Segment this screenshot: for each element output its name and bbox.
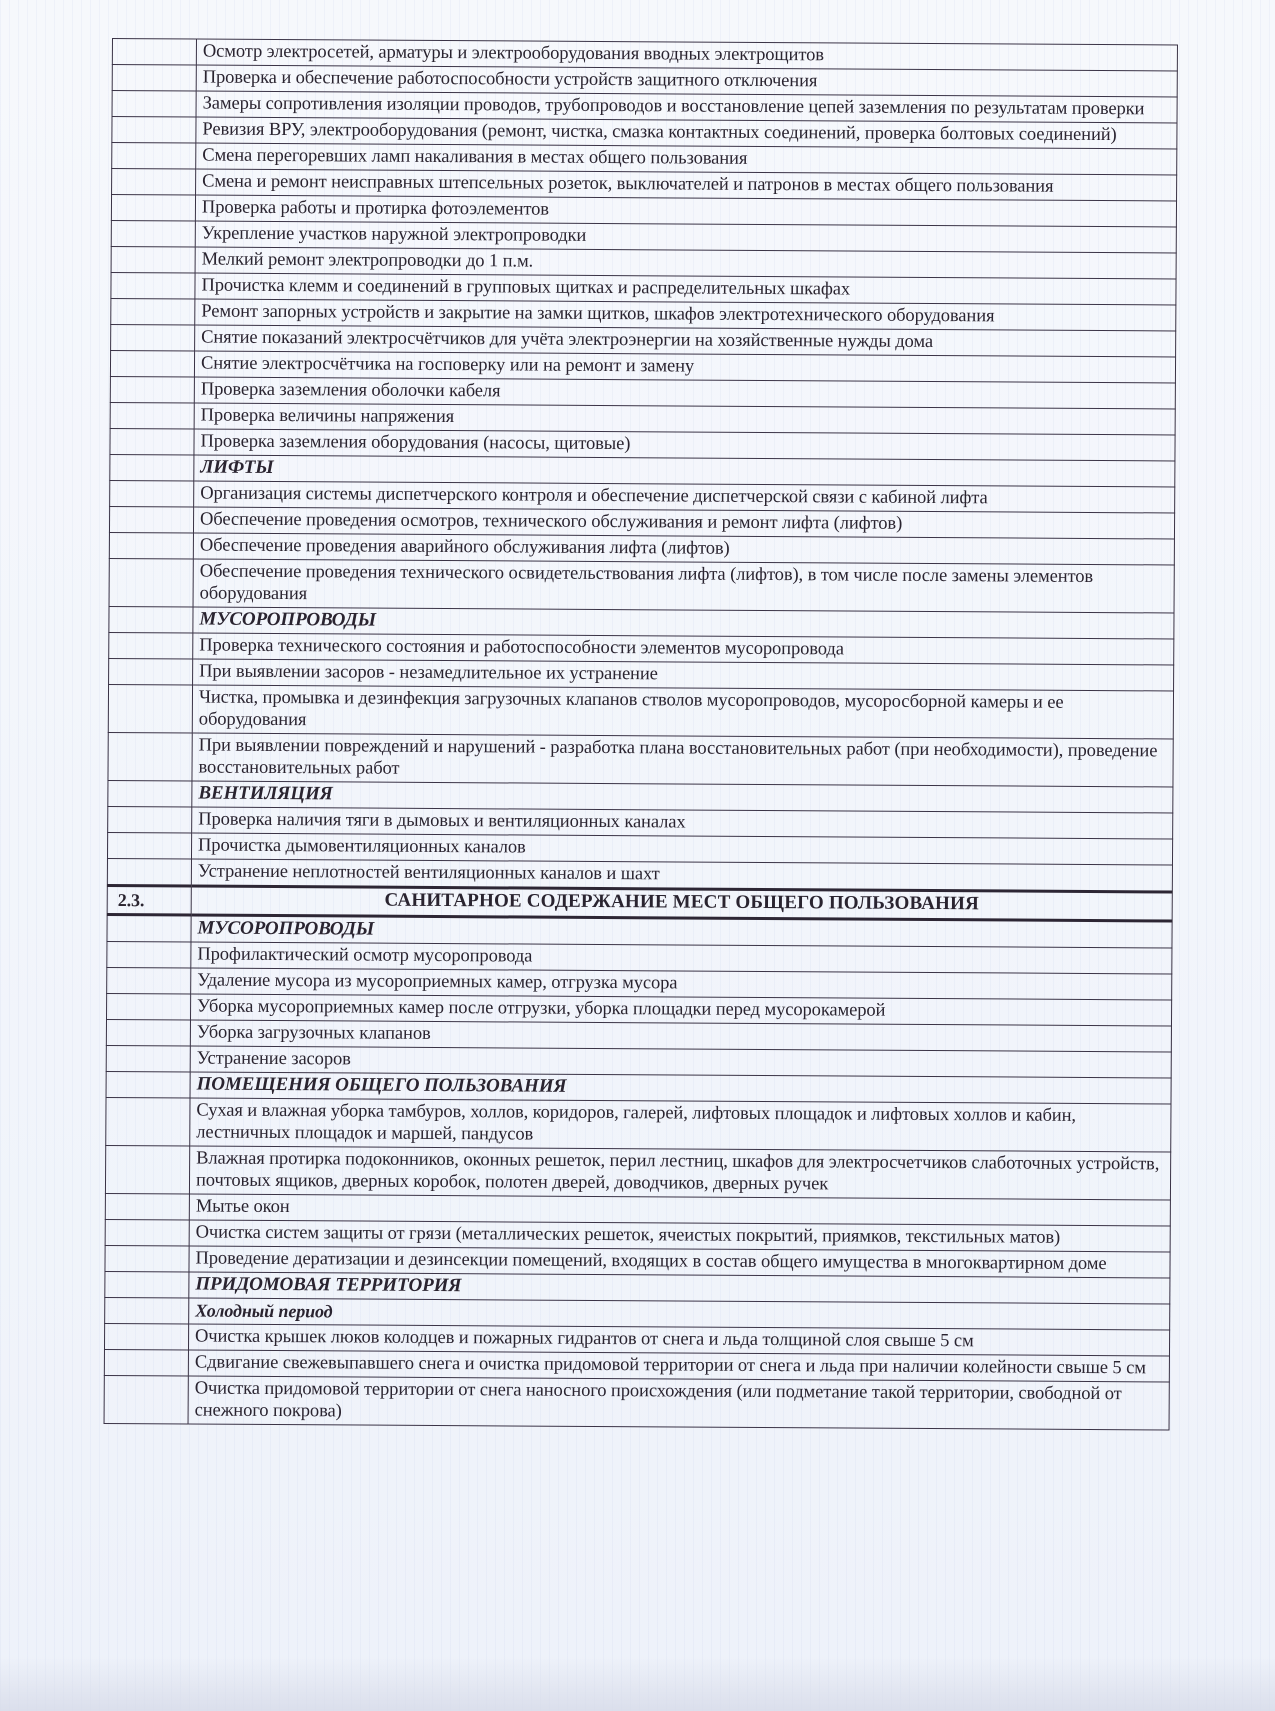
row-number-cell: [105, 1245, 189, 1272]
row-number-cell: [106, 1019, 190, 1046]
row-number-cell: 2.3.: [107, 885, 191, 915]
row-number-cell: [111, 246, 195, 273]
row-number-cell: [110, 454, 194, 481]
row-number-cell: [109, 658, 193, 685]
row-number-cell: [110, 428, 194, 455]
row-number-cell: [104, 1323, 188, 1350]
table-row: Чистка, промывка и дезинфекция загрузочн…: [108, 684, 1173, 739]
table-row: Очистка придомовой территории от снега н…: [104, 1375, 1169, 1430]
row-number-cell: [108, 732, 192, 781]
row-number-cell: [112, 39, 196, 66]
row-number-cell: [107, 858, 191, 886]
row-number-cell: [109, 532, 193, 559]
row-number-cell: [112, 65, 196, 92]
works-table-body: Осмотр электросетей, арматуры и электроо…: [104, 39, 1177, 1430]
work-description: Обеспечение проведения технического осви…: [193, 559, 1174, 613]
work-description: Очистка придомовой территории от снега н…: [188, 1376, 1169, 1430]
works-table: Осмотр электросетей, арматуры и электроо…: [104, 38, 1178, 1430]
row-number-cell: [105, 1271, 189, 1298]
row-number-cell: [109, 606, 193, 633]
row-number-cell: [105, 1297, 189, 1324]
scan-bottom-edge: [0, 1656, 1275, 1711]
row-number-cell: [112, 91, 196, 118]
work-description: Влажная протирка подоконников, оконных р…: [189, 1146, 1170, 1200]
row-number-cell: [106, 1097, 190, 1146]
table-row: Сухая и влажная уборка тамбуров, холлов,…: [106, 1097, 1171, 1152]
row-number-cell: [111, 220, 195, 247]
row-number-cell: [107, 941, 191, 968]
row-number-cell: [111, 195, 195, 222]
row-number-cell: [109, 558, 193, 607]
row-number-cell: [108, 780, 192, 807]
work-description: Сухая и влажная уборка тамбуров, холлов,…: [190, 1098, 1171, 1152]
row-number-cell: [112, 117, 196, 144]
row-number-cell: [111, 298, 195, 325]
row-number-cell: [111, 324, 195, 351]
table-row: Обеспечение проведения технического осви…: [109, 558, 1174, 613]
row-number-cell: [109, 506, 193, 533]
row-number-cell: [111, 272, 195, 299]
row-number-cell: [104, 1349, 188, 1376]
row-number-cell: [112, 143, 196, 170]
row-number-cell: [107, 993, 191, 1020]
row-number-cell: [112, 169, 196, 196]
row-number-cell: [110, 402, 194, 429]
row-number-cell: [110, 376, 194, 403]
table-row: Влажная протирка подоконников, оконных р…: [105, 1145, 1170, 1200]
row-number-cell: [108, 806, 192, 833]
row-number-cell: [110, 350, 194, 377]
row-number-cell: [105, 1193, 189, 1220]
row-number-cell: [107, 914, 191, 942]
row-number-cell: [106, 1071, 190, 1098]
row-number-cell: [104, 1375, 188, 1424]
row-number-cell: [108, 684, 192, 733]
row-number-cell: [105, 1219, 189, 1246]
row-number-cell: [109, 632, 193, 659]
row-number-cell: [106, 1045, 190, 1072]
row-number-cell: [107, 967, 191, 994]
row-number-cell: [105, 1145, 189, 1194]
row-number-cell: [110, 480, 194, 507]
work-description: При выявлении повреждений и нарушений - …: [192, 733, 1173, 787]
work-description: Чистка, промывка и дезинфекция загрузочн…: [192, 685, 1173, 739]
row-number-cell: [107, 832, 191, 859]
table-row: При выявлении повреждений и нарушений - …: [108, 732, 1173, 787]
